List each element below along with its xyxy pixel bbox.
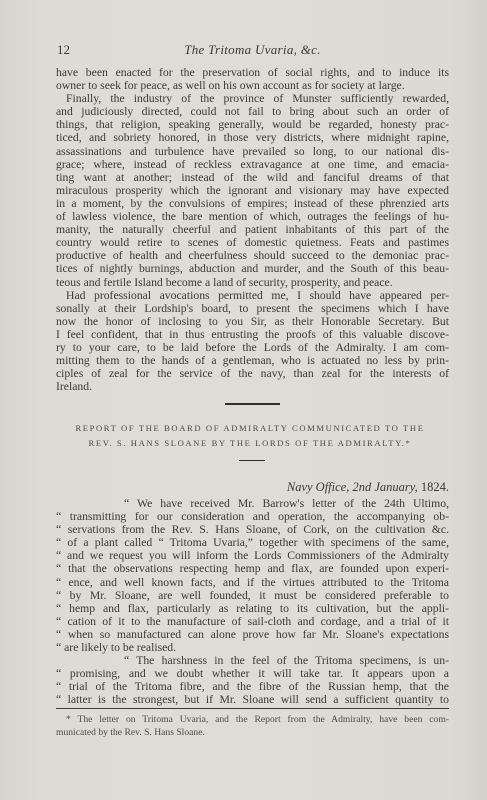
text-line: and judiciously directed, could not fail… bbox=[56, 105, 449, 118]
book-page: 12 The Tritoma Uvaria, &c. have been ena… bbox=[0, 0, 487, 800]
text-line: of lawless violence, the bare mention of… bbox=[56, 210, 449, 223]
dateline: Navy Office, 2nd January, 1824. bbox=[56, 480, 449, 495]
footnote-line: municated by the Rev. S. Hans Sloane. bbox=[56, 727, 449, 740]
text-line: “ hemp and flax, particularly as relatin… bbox=[56, 602, 449, 615]
section-heading-line: REV. S. HANS SLOANE BY THE LORDS OF THE … bbox=[40, 436, 460, 451]
text-line: “ that the observations respecting hemp … bbox=[56, 562, 449, 575]
text-line: Finally, the industry of the province of… bbox=[56, 92, 449, 105]
text-line: I feel confident, that in thus entrustin… bbox=[56, 328, 449, 341]
section-heading: REPORT OF THE BOARD OF ADMIRALTY COMMUNI… bbox=[40, 421, 460, 450]
text-line: Had professional avocations permitted me… bbox=[56, 289, 449, 302]
running-head: 12 The Tritoma Uvaria, &c. bbox=[57, 42, 448, 58]
text-line: tices of nightly burnings, abduction and… bbox=[56, 262, 449, 275]
section-heading-line: REPORT OF THE BOARD OF ADMIRALTY COMMUNI… bbox=[40, 421, 460, 436]
text-line: Ireland. bbox=[56, 380, 449, 393]
text-line: “ We have received Mr. Barrow's letter o… bbox=[56, 497, 449, 510]
text-line: “ trial of the Tritoma fibre, and the fi… bbox=[56, 680, 449, 693]
text-line: manity, the naturally cheerful and patie… bbox=[56, 223, 449, 236]
text-line: productive of health and cheerfulness sh… bbox=[56, 249, 449, 262]
text-line: have been enacted for the preservation o… bbox=[56, 66, 449, 79]
text-line: sonally at their Lordship's board, to pr… bbox=[56, 302, 449, 315]
text-line: “ cation of it to the manufacture of sai… bbox=[56, 615, 449, 628]
text-line: ting want at another; instead of the wil… bbox=[56, 171, 449, 184]
text-line: ry to your care, to be laid before the L… bbox=[56, 341, 449, 354]
text-line: ticed, and sobriety honored, in those ve… bbox=[56, 131, 449, 144]
text-line: “ by Mr. Sloane, are well founded, it mu… bbox=[56, 589, 449, 602]
footnote-rule bbox=[56, 708, 449, 709]
text-line: “ are likely to be realised. bbox=[56, 641, 449, 654]
text-line: mitting them to the hands of a gentleman… bbox=[56, 354, 449, 367]
dateline-year: 1824. bbox=[421, 480, 449, 494]
running-title: The Tritoma Uvaria, &c. bbox=[57, 42, 448, 58]
text-line: teous and fertile Island become a land o… bbox=[56, 276, 449, 289]
text-line: owner to seek for peace, as well on his … bbox=[56, 79, 449, 92]
text-line: assassinations and turbulence have preva… bbox=[56, 145, 449, 158]
text-line: “ ence, and well known facts, and if the… bbox=[56, 576, 449, 589]
text-line: “ promising, and we doubt whether it wil… bbox=[56, 667, 449, 680]
text-line: things, that religion, speaking generall… bbox=[56, 118, 449, 131]
text-line: ciples of zeal for the service of the na… bbox=[56, 367, 449, 380]
section-divider bbox=[225, 403, 280, 405]
text-line: “ when so manufactured can alone prove h… bbox=[56, 628, 449, 641]
text-line: “ of a plant called “ Tritoma Uvaria,” t… bbox=[56, 536, 449, 549]
heading-divider bbox=[239, 460, 265, 461]
text-line: country would retire to scenes of domest… bbox=[56, 236, 449, 249]
text-line: “ latter is the strongest, but if Mr. Sl… bbox=[56, 693, 449, 706]
text-line: “ servations from the Rev. S. Hans Sloan… bbox=[56, 523, 449, 536]
text-line: “ The harshness in the feel of the Trito… bbox=[56, 654, 449, 667]
text-line: miraculous prosperity which the ignorant… bbox=[56, 184, 449, 197]
footnote: * The letter on Tritoma Uvaria, and the … bbox=[56, 714, 449, 739]
body-text-part1: have been enacted for the preservation o… bbox=[56, 66, 449, 393]
text-line: now the honor of inclosing to you Sir, a… bbox=[56, 315, 449, 328]
text-line: “ and we request you will inform the Lor… bbox=[56, 549, 449, 562]
dateline-date: 2nd January, bbox=[352, 480, 417, 494]
text-line: in a moment, by the convulsions of empir… bbox=[56, 197, 449, 210]
footnote-line: * The letter on Tritoma Uvaria, and the … bbox=[56, 714, 449, 727]
text-line: grace; where, instead of reckless extrav… bbox=[56, 158, 449, 171]
body-text-part2: “ We have received Mr. Barrow's letter o… bbox=[56, 497, 449, 707]
text-line: “ transmitting for our consideration and… bbox=[56, 510, 449, 523]
dateline-place: Navy Office, bbox=[287, 480, 349, 494]
